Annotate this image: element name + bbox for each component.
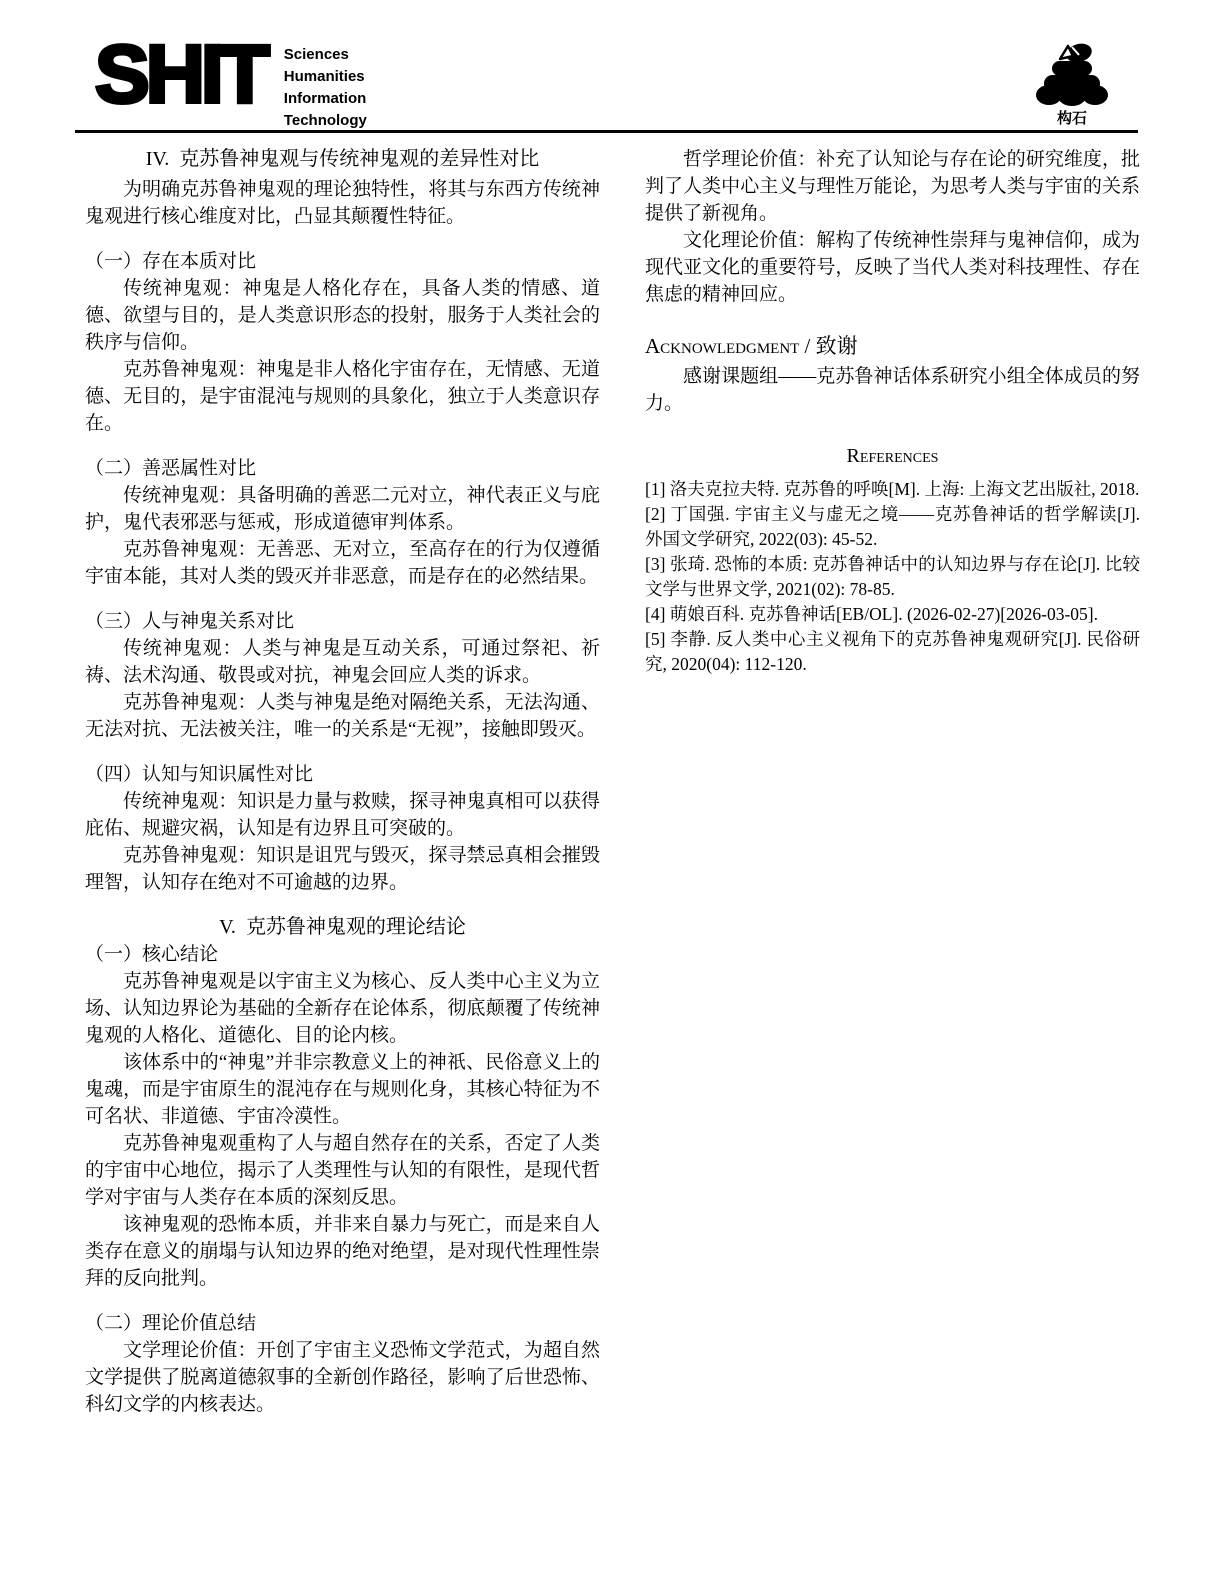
paragraph: 文学理论价值：开创了宇宙主义恐怖文学范式，为超自然文学提供了脱离道德叙事的全新创… bbox=[85, 1337, 600, 1418]
rock-pile-icon bbox=[1030, 42, 1114, 106]
paragraph: 克苏鲁神鬼观：人类与神鬼是绝对隔绝关系，无法沟通、无法对抗、无法被关注，唯一的关… bbox=[85, 689, 600, 743]
header-divider bbox=[75, 130, 1138, 133]
paragraph: 为明确克苏鲁神鬼观的理论独特性，将其与东西方传统神鬼观进行核心维度对比，凸显其颠… bbox=[85, 176, 600, 230]
paragraph: 克苏鲁神鬼观：神鬼是非人格化宇宙存在，无情感、无道德、无目的，是宇宙混沌与规则的… bbox=[85, 356, 600, 437]
paragraph: 传统神鬼观：具备明确的善恶二元对立，神代表正义与庇护，鬼代表邪恶与惩戒，形成道德… bbox=[85, 482, 600, 536]
reference-item: [1] 洛夫克拉夫特. 克苏鲁的呼唤[M]. 上海: 上海文艺出版社, 2018… bbox=[645, 477, 1140, 502]
reference-item: [2] 丁国强. 宇宙主义与虚无之境——克苏鲁神话的哲学解读[J]. 外国文学研… bbox=[645, 502, 1140, 552]
subsection-heading: （三）人与神鬼关系对比 bbox=[85, 608, 600, 635]
section-number: IV. bbox=[146, 148, 170, 170]
references-heading: References bbox=[645, 443, 1140, 469]
journal-masthead: SHIT Sciences Humanities Information Tec… bbox=[95, 36, 367, 132]
left-column: IV.克苏鲁神鬼观与传统神鬼观的差异性对比 为明确克苏鲁神鬼观的理论独特性，将其… bbox=[85, 146, 600, 1418]
paragraph: 该体系中的“神鬼”并非宗教意义上的神祇、民俗意义上的鬼魂，而是宇宙原生的混沌存在… bbox=[85, 1049, 600, 1130]
logo-sub-line: Information bbox=[284, 88, 367, 110]
article-body: IV.克苏鲁神鬼观与传统神鬼观的差异性对比 为明确克苏鲁神鬼观的理论独特性，将其… bbox=[85, 146, 1140, 1418]
publisher-badge-label: 构石 bbox=[1030, 107, 1114, 128]
section-number: V. bbox=[219, 916, 236, 938]
section-heading-4: IV.克苏鲁神鬼观与传统神鬼观的差异性对比 bbox=[85, 146, 600, 173]
paragraph: 哲学理论价值：补充了认知论与存在论的研究维度，批判了人类中心主义与理性万能论，为… bbox=[645, 146, 1140, 227]
subsection-heading: （一）核心结论 bbox=[85, 941, 600, 968]
paragraph: 该神鬼观的恐怖本质，并非来自暴力与死亡，而是来自人类存在意义的崩塌与认知边界的绝… bbox=[85, 1211, 600, 1292]
right-column: 哲学理论价值：补充了认知论与存在论的研究维度，批判了人类中心主义与理性万能论，为… bbox=[645, 146, 1140, 1418]
logo-sub-line: Technology bbox=[284, 110, 367, 132]
reference-item: [4] 萌娘百科. 克苏鲁神话[EB/OL]. (2026-02-27)[202… bbox=[645, 602, 1140, 627]
journal-logo: SHIT bbox=[95, 36, 266, 114]
journal-logo-subtitle: Sciences Humanities Information Technolo… bbox=[284, 36, 367, 132]
subsection-heading: （四）认知与知识属性对比 bbox=[85, 761, 600, 788]
logo-sub-line: Sciences bbox=[284, 44, 367, 66]
paragraph: 克苏鲁神鬼观：知识是诅咒与毁灭，探寻禁忌真相会摧毁理智，认知存在绝对不可逾越的边… bbox=[85, 842, 600, 896]
publisher-badge: 构石 bbox=[1030, 42, 1114, 128]
paragraph: 传统神鬼观：人类与神鬼是互动关系，可通过祭祀、祈祷、法术沟通、敬畏或对抗，神鬼会… bbox=[85, 635, 600, 689]
reference-item: [5] 李静. 反人类中心主义视角下的克苏鲁神鬼观研究[J]. 民俗研究, 20… bbox=[645, 627, 1140, 677]
paragraph: 克苏鲁神鬼观是以宇宙主义为核心、反人类中心主义为立场、认知边界论为基础的全新存在… bbox=[85, 968, 600, 1049]
paragraph: 传统神鬼观：神鬼是人格化存在，具备人类的情感、道德、欲望与目的，是人类意识形态的… bbox=[85, 275, 600, 356]
subsection-heading: （二）善恶属性对比 bbox=[85, 455, 600, 482]
subsection-heading: （一）存在本质对比 bbox=[85, 248, 600, 275]
section-heading-5: V.克苏鲁神鬼观的理论结论 bbox=[85, 914, 600, 941]
reference-item: [3] 张琦. 恐怖的本质: 克苏鲁神话中的认知边界与存在论[J]. 比较文学与… bbox=[645, 552, 1140, 602]
paragraph: 文化理论价值：解构了传统神性崇拜与鬼神信仰，成为现代亚文化的重要符号，反映了当代… bbox=[645, 227, 1140, 308]
paragraph: 感谢课题组——克苏鲁神话体系研究小组全体成员的努力。 bbox=[645, 363, 1140, 417]
paper-page: SHIT Sciences Humanities Information Tec… bbox=[0, 0, 1224, 1584]
paragraph: 克苏鲁神鬼观重构了人与超自然存在的关系，否定了人类的宇宙中心地位，揭示了人类理性… bbox=[85, 1130, 600, 1211]
acknowledgment-heading: Acknowledgment / 致谢 bbox=[645, 333, 1140, 360]
logo-sub-line: Humanities bbox=[284, 66, 367, 88]
paragraph: 传统神鬼观：知识是力量与救赎，探寻神鬼真相可以获得庇佑、规避灾祸，认知是有边界且… bbox=[85, 788, 600, 842]
section-title: 克苏鲁神鬼观与传统神鬼观的差异性对比 bbox=[179, 148, 539, 170]
subsection-heading: （二）理论价值总结 bbox=[85, 1310, 600, 1337]
paragraph: 克苏鲁神鬼观：无善恶、无对立，至高存在的行为仅遵循宇宙本能，其对人类的毁灭并非恶… bbox=[85, 536, 600, 590]
section-title: 克苏鲁神鬼观的理论结论 bbox=[246, 916, 466, 938]
